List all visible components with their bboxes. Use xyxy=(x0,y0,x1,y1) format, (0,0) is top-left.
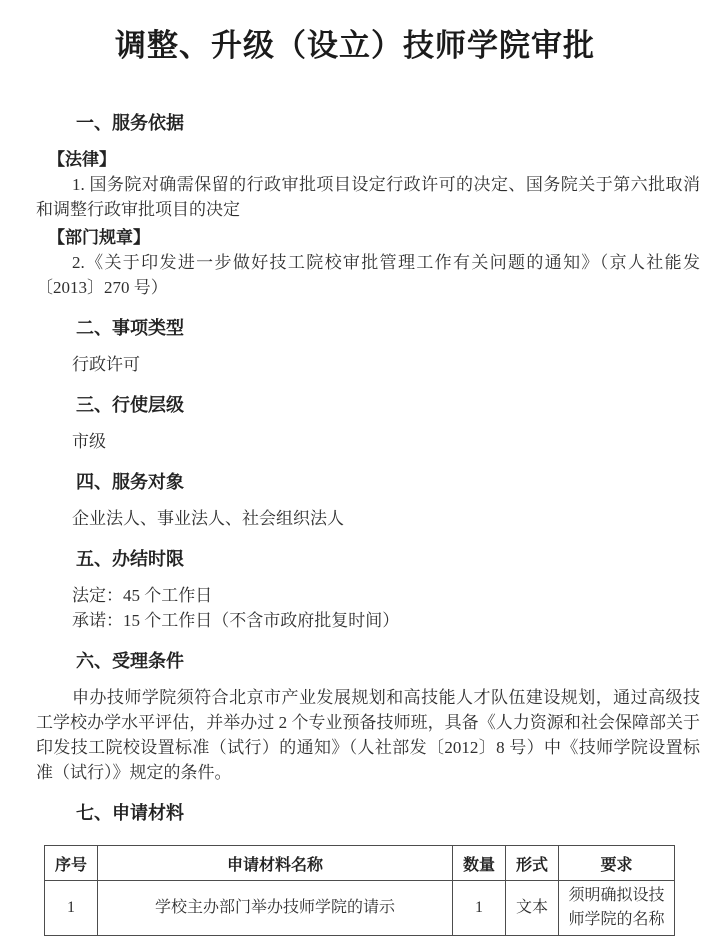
col-header-requirement: 要求 xyxy=(559,846,675,881)
col-header-material-name: 申请材料名称 xyxy=(98,846,453,881)
section-heading-service-target: 四、服务对象 xyxy=(36,471,700,494)
service-target-value: 企业法人、事业法人、社会组织法人 xyxy=(36,506,700,531)
materials-table-header-row: 序号 申请材料名称 数量 形式 要求 xyxy=(45,846,675,881)
acceptance-conditions-text: 申办技师学院须符合北京市产业发展规划和高技能人才队伍建设规划，通过高级技工学校办… xyxy=(36,685,700,785)
section-heading-time-limit: 五、办结时限 xyxy=(36,548,700,571)
col-header-index: 序号 xyxy=(45,846,98,881)
cell-form: 文本 xyxy=(506,881,559,936)
section-heading-item-type: 二、事项类型 xyxy=(36,317,700,340)
col-header-quantity: 数量 xyxy=(453,846,506,881)
item-type-value: 行政许可 xyxy=(36,352,700,377)
table-row: 1 学校主办部门举办技师学院的请示 1 文本 须明确拟设技师学院的名称 xyxy=(45,881,675,936)
section-heading-acceptance-conditions: 六、受理条件 xyxy=(36,650,700,673)
cell-requirement: 须明确拟设技师学院的名称 xyxy=(559,881,675,936)
law-item-text: 1. 国务院对确需保留的行政审批项目设定行政许可的决定、国务院关于第六批取消和调… xyxy=(36,172,700,222)
label-law: 【法律】 xyxy=(36,147,700,172)
cell-index: 1 xyxy=(45,881,98,936)
col-header-form: 形式 xyxy=(506,846,559,881)
section-heading-application-materials: 七、申请材料 xyxy=(36,802,700,825)
exercise-level-value: 市级 xyxy=(36,429,700,454)
cell-material-name: 学校主办部门举办技师学院的请示 xyxy=(98,881,453,936)
statutory-time-limit: 法定：45 个工作日 xyxy=(36,583,700,608)
document-content: 一、服务依据 【法律】 1. 国务院对确需保留的行政审批项目设定行政许可的决定、… xyxy=(36,112,700,936)
document-title: 调整、升级（设立）技师学院审批 xyxy=(0,0,710,66)
label-department-rules: 【部门规章】 xyxy=(36,225,700,250)
section-heading-service-basis: 一、服务依据 xyxy=(36,112,700,135)
section-heading-exercise-level: 三、行使层级 xyxy=(36,394,700,417)
department-rule-item-text: 2.《关于印发进一步做好技工院校审批管理工作有关问题的通知》（京人社能发〔201… xyxy=(36,250,700,300)
cell-quantity: 1 xyxy=(453,881,506,936)
promised-time-limit: 承诺：15 个工作日（不含市政府批复时间） xyxy=(36,608,700,633)
document-page: 调整、升级（设立）技师学院审批 一、服务依据 【法律】 1. 国务院对确需保留的… xyxy=(0,0,710,946)
materials-table: 序号 申请材料名称 数量 形式 要求 1 学校主办部门举办技师学院的请示 1 文… xyxy=(44,845,675,936)
